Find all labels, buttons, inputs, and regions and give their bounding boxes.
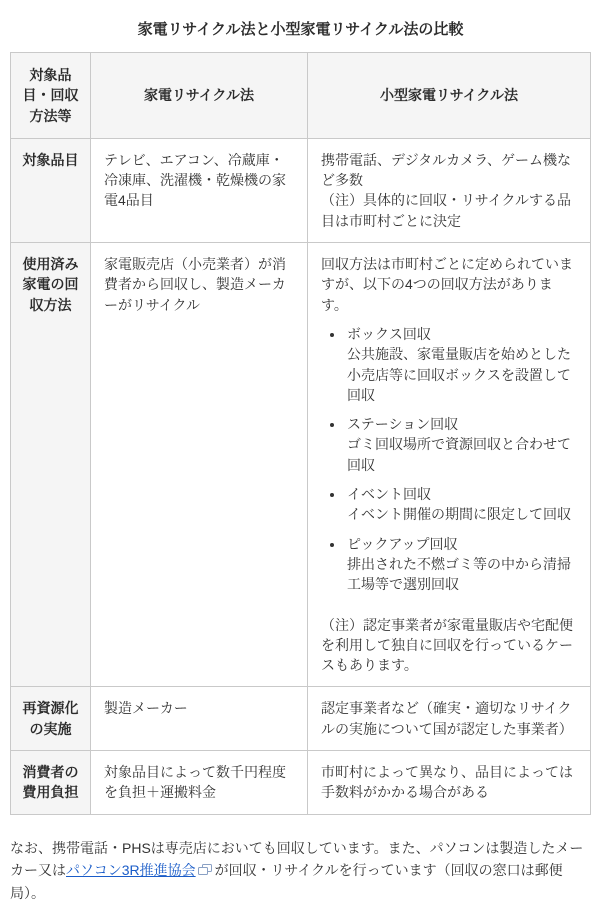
collection-method-list: ボックス回収 公共施設、家電量販店を始めとした小売店等に回収ボックスを設置して回… [321,324,577,595]
kogata-collection-note: （注）認定事業者が家電量販店や宅配便を利用して独自に回収を行っているケースもあり… [321,615,577,676]
kogata-collection-intro: 回収方法は市町村ごとに定められていますが、以下の4つの回収方法があります。 [321,254,577,315]
table-header-row: 対象品目・回収方法等 家電リサイクル法 小型家電リサイクル法 [11,53,591,139]
page-title: 家電リサイクル法と小型家電リサイクル法の比較 [0,18,601,39]
bullet-event-collection-title: イベント回収 [347,484,577,504]
table-row-target-items: 対象品目 テレビ、エアコン、冷蔵庫・冷凍庫、洗濯機・乾燥機の家電4品目 携帯電話… [11,138,591,242]
pc3r-association-link[interactable]: パソコン3R推進協会 [66,862,196,878]
bullet-box-collection: ボックス回収 公共施設、家電量販店を始めとした小売店等に回収ボックスを設置して回… [345,324,577,405]
cell-kaden-recycling-implementation: 製造メーカー [91,687,308,751]
row-label-consumer-cost: 消費者の費用負担 [11,751,91,815]
row-label-target-items: 対象品目 [11,138,91,242]
bullet-event-collection-desc: イベント開催の期間に限定して回収 [347,504,577,524]
cell-kaden-consumer-cost: 対象品目によって数千円程度を負担＋運搬料金 [91,751,308,815]
page: 家電リサイクル法と小型家電リサイクル法の比較 対象品目・回収方法等 家電リサイク… [0,18,601,905]
row-label-recycling-implementation: 再資源化の実施 [11,687,91,751]
header-kogata-law: 小型家電リサイクル法 [308,53,591,139]
bullet-pickup-collection-desc: 排出された不燃ゴミ等の中から清掃工場等で選別回収 [347,554,577,595]
bullet-station-collection-desc: ゴミ回収場所で資源回収と合わせて回収 [347,434,577,475]
external-link-icon[interactable] [198,860,212,882]
row-label-collection-method: 使用済み家電の回収方法 [11,243,91,687]
comparison-table: 対象品目・回収方法等 家電リサイクル法 小型家電リサイクル法 対象品目 テレビ、… [10,52,591,815]
kogata-target-items-note: （注）具体的に回収・リサイクルする品目は市町村ごとに決定 [321,190,577,231]
pc3r-association-link-label: パソコン3R推進協会 [66,862,196,878]
bullet-event-collection: イベント回収 イベント開催の期間に限定して回収 [345,484,577,525]
table-row-recycling-implementation: 再資源化の実施 製造メーカー 認定事業者など（確実・適切なリサイクルの実施につい… [11,687,591,751]
bullet-pickup-collection-title: ピックアップ回収 [347,534,577,554]
header-category: 対象品目・回収方法等 [11,53,91,139]
bullet-station-collection-title: ステーション回収 [347,414,577,434]
cell-kogata-recycling-implementation: 認定事業者など（確実・適切なリサイクルの実施について国が認定した事業者） [308,687,591,751]
kogata-target-items-main: 携帯電話、デジタルカメラ、ゲーム機など多数 [321,150,577,191]
table-row-collection-method: 使用済み家電の回収方法 家電販売店（小売業者）が消費者から回収し、製造メーカーが… [11,243,591,687]
cell-kaden-target-items: テレビ、エアコン、冷蔵庫・冷凍庫、洗濯機・乾燥機の家電4品目 [91,138,308,242]
header-kaden-law: 家電リサイクル法 [91,53,308,139]
bullet-pickup-collection: ピックアップ回収 排出された不燃ゴミ等の中から清掃工場等で選別回収 [345,534,577,595]
cell-kaden-collection-method: 家電販売店（小売業者）が消費者から回収し、製造メーカーがリサイクル [91,243,308,687]
bullet-station-collection: ステーション回収 ゴミ回収場所で資源回収と合わせて回収 [345,414,577,475]
cell-kogata-collection-method: 回収方法は市町村ごとに定められていますが、以下の4つの回収方法があります。 ボッ… [308,243,591,687]
table-row-consumer-cost: 消費者の費用負担 対象品目によって数千円程度を負担＋運搬料金 市町村によって異な… [11,751,591,815]
cell-kogata-consumer-cost: 市町村によって異なり、品目によっては手数料がかかる場合がある [308,751,591,815]
bullet-box-collection-title: ボックス回収 [347,324,577,344]
cell-kogata-target-items: 携帯電話、デジタルカメラ、ゲーム機など多数 （注）具体的に回収・リサイクルする品… [308,138,591,242]
footnote: なお、携帯電話・PHSは専売店においても回収しています。また、パソコンは製造した… [10,837,591,905]
bullet-box-collection-desc: 公共施設、家電量販店を始めとした小売店等に回収ボックスを設置して回収 [347,344,577,405]
